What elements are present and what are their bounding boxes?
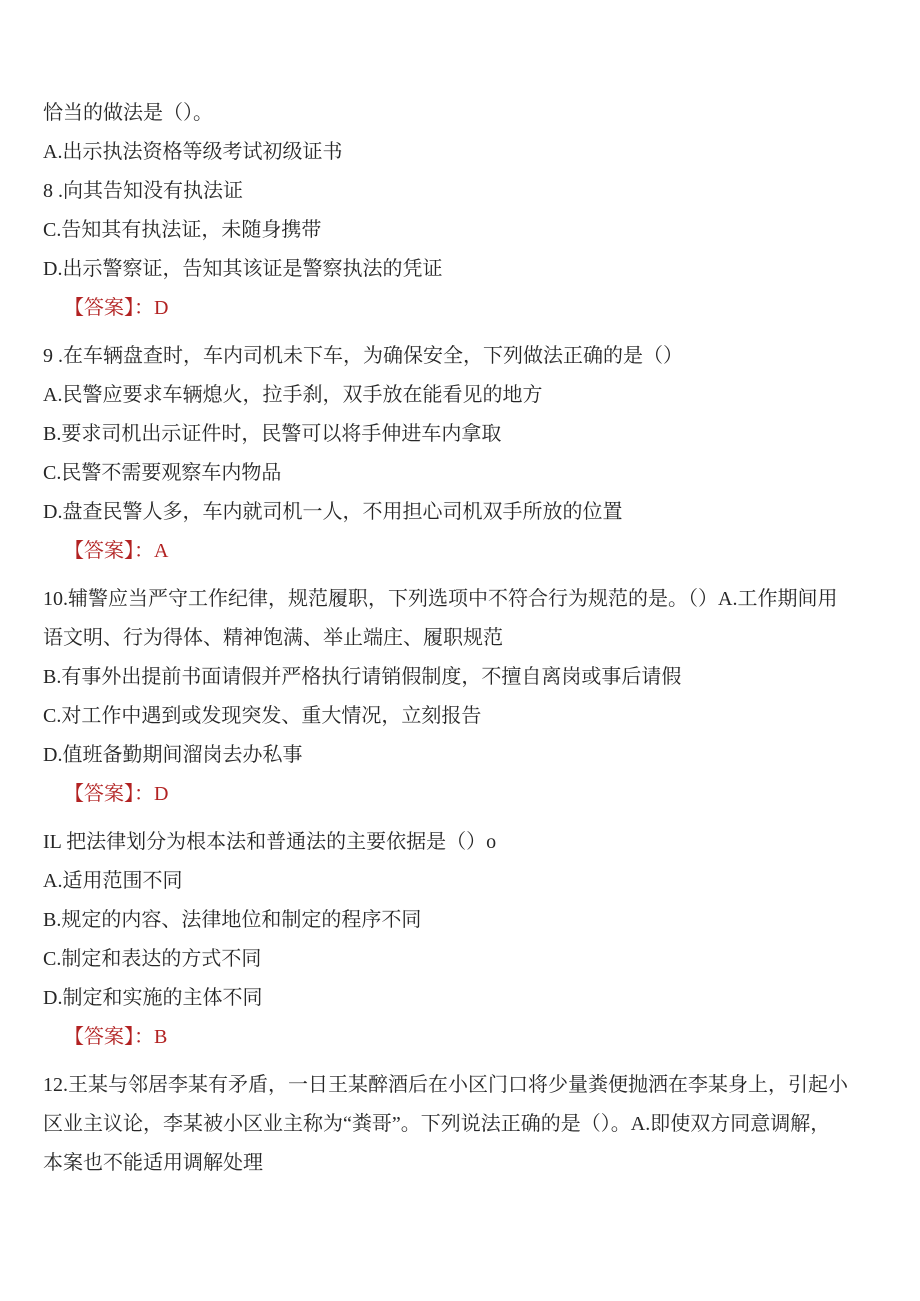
text-line: 本案也不能适用调解处理	[43, 1144, 876, 1183]
option-line: C.制定和表达的方式不同	[43, 940, 876, 979]
option-line: D.出示警察证，告知其该证是警察执法的凭证	[43, 250, 876, 289]
option-line: B.要求司机出示证件时，民警可以将手伸进车内拿取	[43, 415, 876, 454]
option-line: B.规定的内容、法律地位和制定的程序不同	[43, 901, 876, 940]
question-line: 12.王某与邻居李某有矛盾，一日王某醉酒后在小区门口将少量粪便抛洒在李某身上，引…	[43, 1066, 876, 1105]
answer-line: 【答案】：A	[43, 532, 876, 571]
document-body: 恰当的做法是（）。A.出示执法资格等级考试初级证书8 .向其告知没有执法证C.告…	[43, 94, 876, 1183]
option-line: A.民警应要求车辆熄火，拉手刹，双手放在能看见的地方	[43, 376, 876, 415]
text-line: 恰当的做法是（）。	[43, 94, 876, 133]
question-line: 10.辅警应当严守工作纪律，规范履职，下列选项中不符合行为规范的是。（）A.工作…	[43, 580, 876, 619]
option-line: D.值班备勤期间溜岗去办私事	[43, 736, 876, 775]
option-line: C.告知其有执法证，未随身携带	[43, 211, 876, 250]
question-line: IL 把法律划分为根本法和普通法的主要依据是（）o	[43, 823, 876, 862]
option-line: A.出示执法资格等级考试初级证书	[43, 133, 876, 172]
option-line: D.盘查民警人多，车内就司机一人，不用担心司机双手所放的位置	[43, 493, 876, 532]
question-line: 9 .在车辆盘查时，车内司机未下车，为确保安全，下列做法正确的是（）	[43, 337, 876, 376]
exam-document-page: 恰当的做法是（）。A.出示执法资格等级考试初级证书8 .向其告知没有执法证C.告…	[0, 0, 920, 1301]
text-line: 语文明、行为得体、精神饱满、举止端庄、履职规范	[43, 619, 876, 658]
answer-line: 【答案】：D	[43, 775, 876, 814]
option-line: B.有事外出提前书面请假并严格执行请销假制度，不擅自离岗或事后请假	[43, 658, 876, 697]
option-line: D.制定和实施的主体不同	[43, 979, 876, 1018]
option-line: A.适用范围不同	[43, 862, 876, 901]
option-line: C.民警不需要观察车内物品	[43, 454, 876, 493]
answer-line: 【答案】：B	[43, 1018, 876, 1057]
answer-line: 【答案】：D	[43, 289, 876, 328]
option-line: 8 .向其告知没有执法证	[43, 172, 876, 211]
option-line: C.对工作中遇到或发现突发、重大情况，立刻报告	[43, 697, 876, 736]
text-line: 区业主议论，李某被小区业主称为“粪哥”。下列说法正确的是（）。A.即使双方同意调…	[43, 1105, 876, 1144]
